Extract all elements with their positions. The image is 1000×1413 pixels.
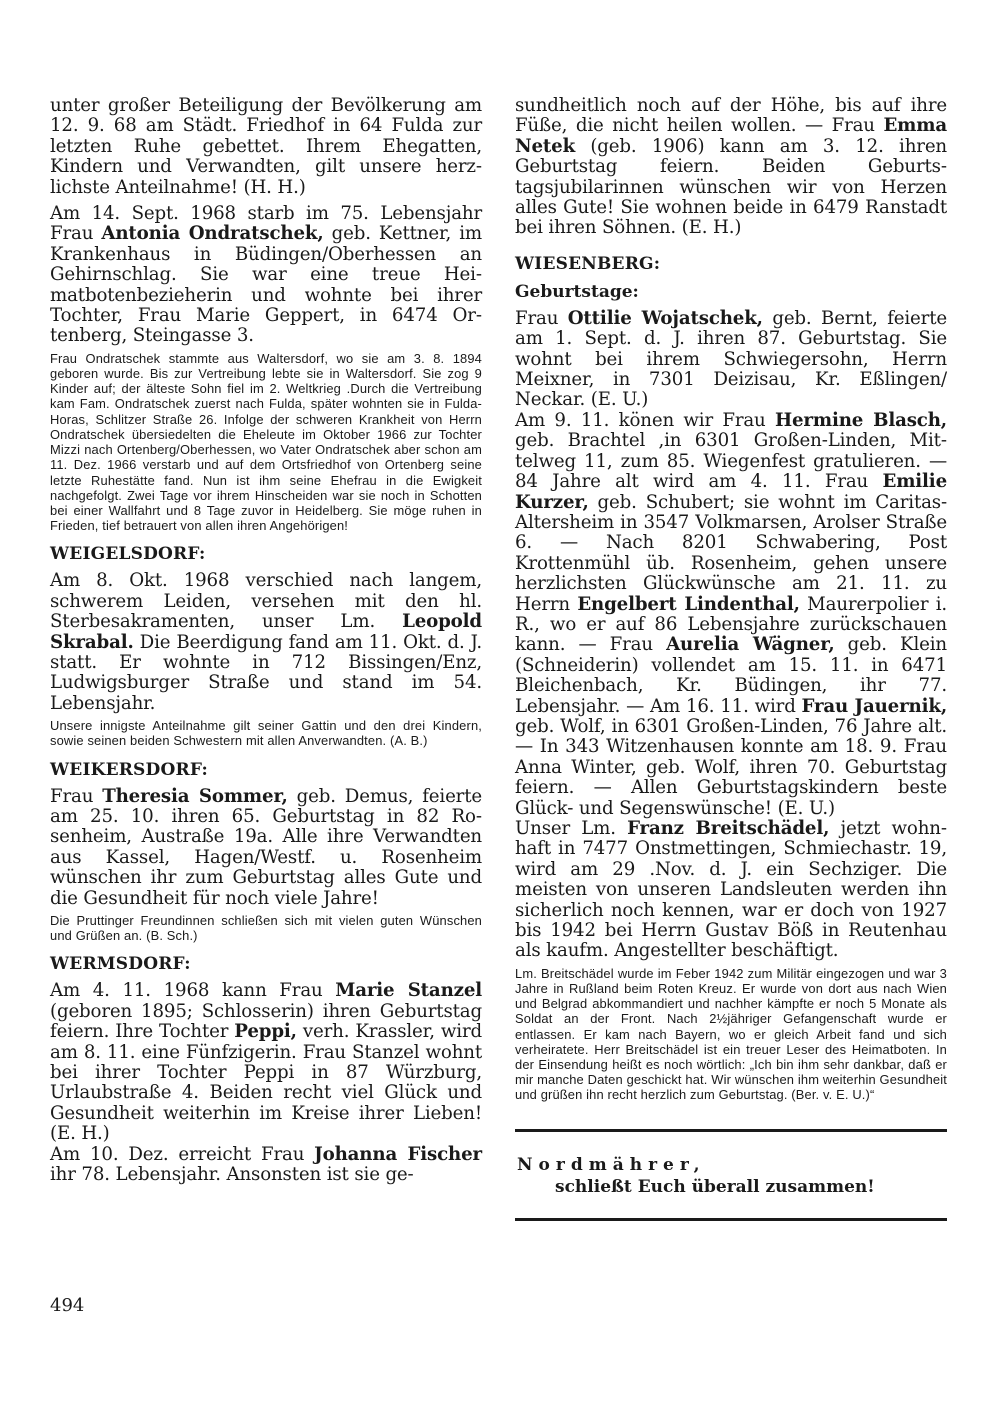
birthday-list: Am 9. 11. könen wir Frau Hermine Blasch,… (515, 411, 947, 819)
birthday-sommer: Frau Theresia Sommer, geb. Demus, feiert… (50, 787, 482, 909)
slogan-line-1: Nordmährer, (515, 1154, 947, 1176)
person-name: Franz Breitschädel, (627, 818, 829, 839)
person-name: Engelbert Lindenthal, (577, 594, 800, 615)
birthday-fischer: Am 10. Dez. erreicht Frau Johanna Fische… (50, 1145, 482, 1186)
right-column: sundheitlich noch auf der Höhe, bis auf … (515, 96, 947, 1221)
person-name: Hermine Blasch, (775, 410, 947, 431)
continuation-paragraph: sundheitlich noch auf der Höhe, bis auf … (515, 96, 947, 239)
section-heading-weigelsdorf: WEIGELSDORF: (50, 543, 482, 565)
obituary-ondratschek: Am 14. Sept. 1968 starb im 75. Lebensjah… (50, 204, 482, 347)
person-name: Antonia Ondratschek, (101, 223, 323, 244)
biography-note: Lm. Breitschädel wurde im Feber 1942 zum… (515, 966, 947, 1103)
person-name: Johanna Fischer (314, 1144, 482, 1165)
obituary-note: Frau Ondratschek stammte aus Waltersdorf… (50, 351, 482, 533)
birthday-wojatschek: Frau Ottilie Wojatschek, geb. Bernt, fei… (515, 309, 947, 411)
birthday-stanzel: Am 4. 11. 1968 kann Frau Marie Stanzel (… (50, 981, 482, 1144)
person-name: Frau Jauernik, (802, 696, 947, 717)
section-heading-wermsdorf: WERMSDORF: (50, 953, 482, 975)
divider-bottom (515, 1218, 947, 1221)
greeting-note: Die Pruttinger Freundinnen schließen sic… (50, 913, 482, 943)
page-number: 494 (50, 1295, 84, 1316)
subheading-birthdays: Geburtstage: (515, 281, 947, 303)
person-name: Marie Stanzel (335, 980, 482, 1001)
obituary-skrabal: Am 8. Okt. 1968 verschied nach langem, s… (50, 571, 482, 714)
person-name: Theresia Sommer, (102, 786, 288, 807)
section-heading-weikersdorf: WEIKERSDORF: (50, 759, 482, 781)
section-heading-wiesenberg: WIESENBERG: (515, 253, 947, 275)
birthday-breitschaedel: Unser Lm. Franz Breitschädel, jetzt wohn… (515, 819, 947, 962)
person-name: Aurelia Wägner, (666, 634, 834, 655)
slogan-box: Nordmährer, schließt Euch überall zusamm… (515, 1154, 947, 1198)
person-name: Ottilie Wojatschek, (568, 308, 763, 329)
person-name: Peppi, (234, 1021, 297, 1042)
intro-paragraph: unter großer Beteiligung der Bevölkerung… (50, 96, 482, 198)
left-column: unter großer Beteiligung der Bevölkerung… (50, 96, 482, 1191)
condolence-note: Unsere innigste Anteilnahme gilt seiner … (50, 718, 482, 748)
divider-top (515, 1129, 947, 1132)
slogan-line-2: schließt Euch überall zusammen! (515, 1176, 947, 1198)
